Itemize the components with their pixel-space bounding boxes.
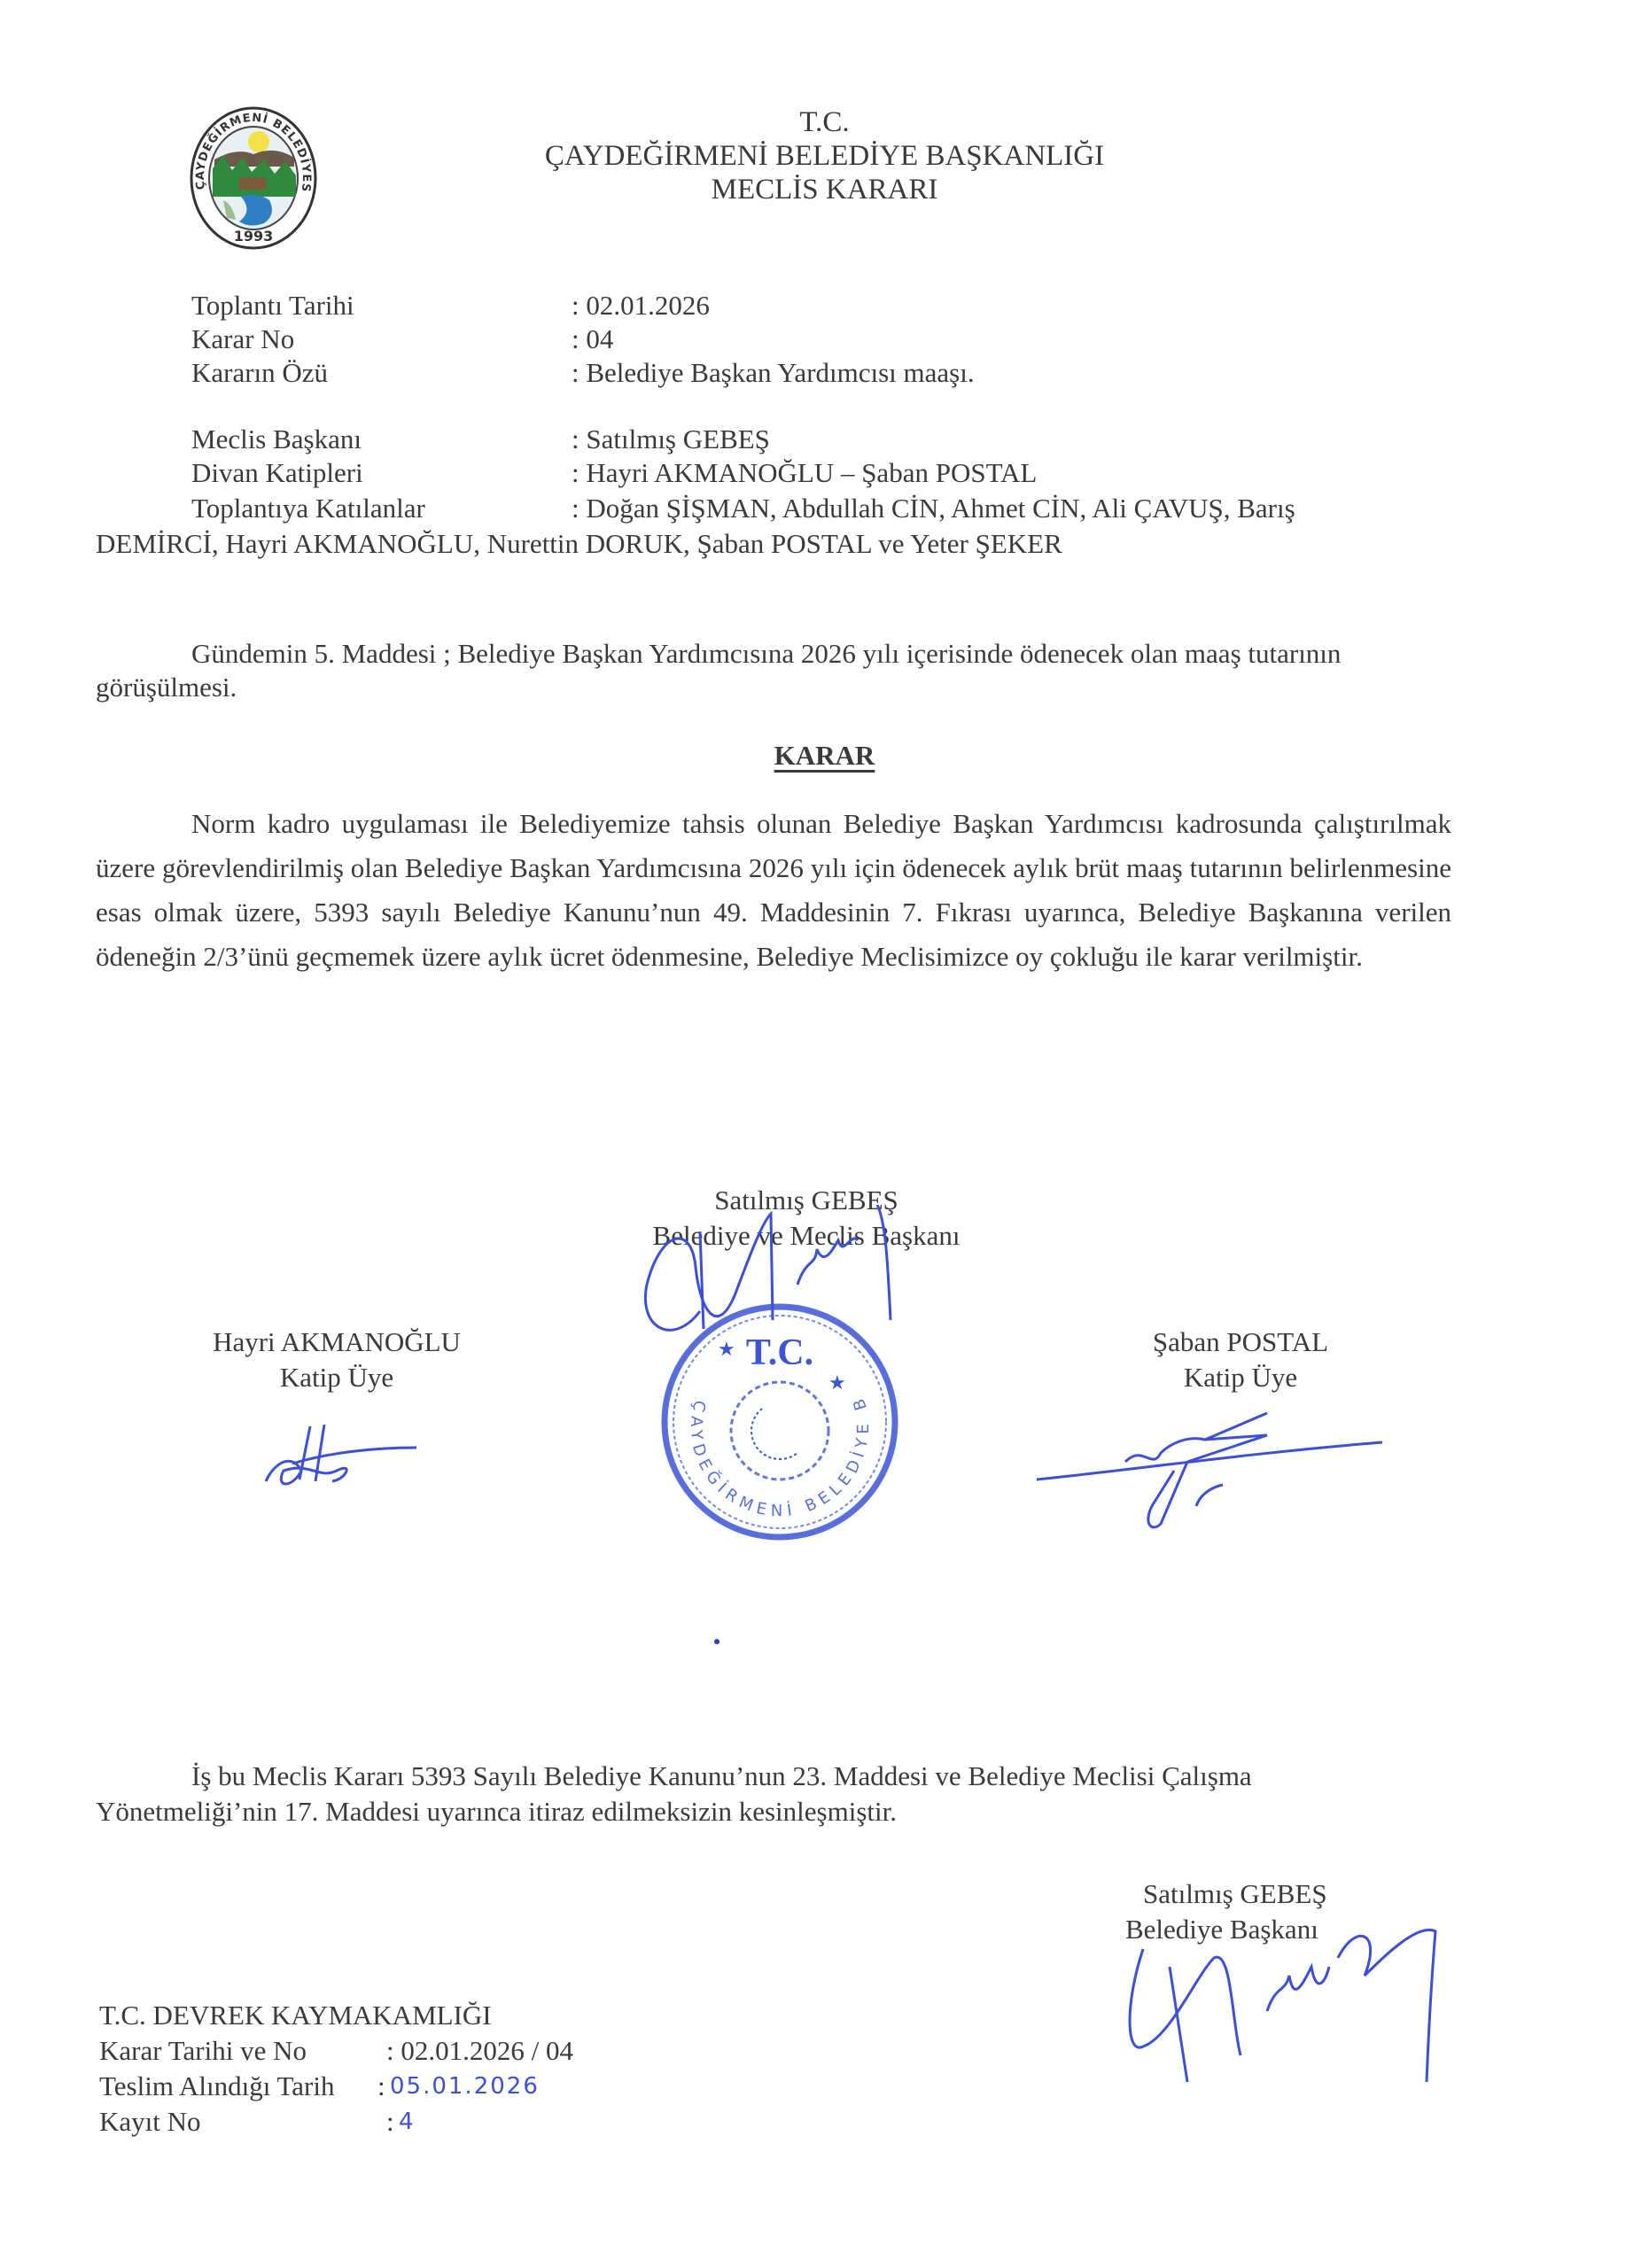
value-clerks: : Hayri AKMANOĞLU – Şaban POSTAL [572, 455, 1037, 491]
header-institution: ÇAYDEĞİRMENİ BELEDİYE BAŞKANLIĞI [0, 138, 1649, 174]
decision-title: KARAR [0, 740, 1649, 772]
left-clerk-signature [257, 1417, 416, 1502]
meta-label-decision-no: Karar No [191, 322, 294, 357]
value-council-chair: : Satılmış GEBEŞ [572, 422, 770, 457]
header-tc: T.C. [0, 105, 1649, 140]
svg-text:1993: 1993 [234, 228, 274, 245]
agenda-line-1: Gündemin 5. Maddesi ; Belediye Başkan Ya… [191, 636, 1341, 672]
mayor-signature [1116, 1905, 1453, 2104]
meta-value-meeting-date: : 02.01.2026 [572, 288, 710, 323]
decision-body: Norm kadro uygulaması ile Belediyemize t… [96, 808, 1451, 972]
ink-dot [714, 1639, 719, 1644]
right-clerk-signature [1019, 1391, 1391, 1546]
receipt-value-record-no: 4 [399, 2109, 416, 2135]
meta-value-decision-no: : 04 [572, 322, 613, 357]
right-clerk-signature-block: Şaban POSTAL Katip Üye [1090, 1324, 1391, 1395]
label-council-chair: Meclis Başkanı [191, 422, 362, 457]
receipt-label-decision: Karar Tarihi ve No [99, 2033, 307, 2069]
header-doc-type: MECLİS KARARI [0, 172, 1649, 207]
receipt-title: T.C. DEVREK KAYMAKAMLIĞI [99, 1998, 492, 2033]
agenda-line-2: görüşülmesi. [96, 670, 237, 705]
receipt-value-decision: : 02.01.2026 / 04 [386, 2033, 573, 2069]
left-clerk-signature-block: Hayri AKMANOĞLU Katip Üye [159, 1324, 514, 1395]
right-clerk-name: Şaban POSTAL [1090, 1324, 1391, 1360]
value-attendees: : Doğan ŞİŞMAN, Abdullah CİN, Ahmet CİN,… [572, 491, 1295, 526]
receipt-label-received-date: Teslim Alındığı Tarih [99, 2069, 334, 2104]
meta-label-summary: Kararın Özü [191, 355, 328, 391]
meta-label-meeting-date: Toplantı Tarihi [191, 288, 354, 323]
receipt-value-received-date: 05.01.2026 [390, 2073, 540, 2100]
receipt-colon-record: : [386, 2104, 394, 2140]
left-clerk-title: Katip Üye [159, 1360, 514, 1395]
label-clerks: Divan Katipleri [191, 455, 363, 491]
decision-text: Norm kadro uygulaması ile Belediyemize t… [96, 802, 1451, 979]
finalization-line-2: Yönetmeliği’nin 17. Maddesi uyarınca iti… [96, 1794, 897, 1829]
label-attendees: Toplantıya Katılanlar [191, 491, 425, 526]
value-attendees-continued: DEMİRCİ, Hayri AKMANOĞLU, Nurettin DORUK… [96, 526, 1062, 562]
meta-value-summary: : Belediye Başkan Yardımcısı maaşı. [572, 355, 975, 391]
finalization-line-1: İş bu Meclis Kararı 5393 Sayılı Belediye… [191, 1759, 1252, 1794]
chair-signature [611, 1196, 930, 1386]
receipt-label-record-no: Kayıt No [99, 2104, 201, 2140]
receipt-colon-received: : [377, 2069, 385, 2104]
left-clerk-name: Hayri AKMANOĞLU [159, 1324, 514, 1360]
document-header: T.C. ÇAYDEĞİRMENİ BELEDİYE BAŞKANLIĞI ME… [0, 105, 1649, 207]
right-clerk-title: Katip Üye [1090, 1360, 1391, 1395]
